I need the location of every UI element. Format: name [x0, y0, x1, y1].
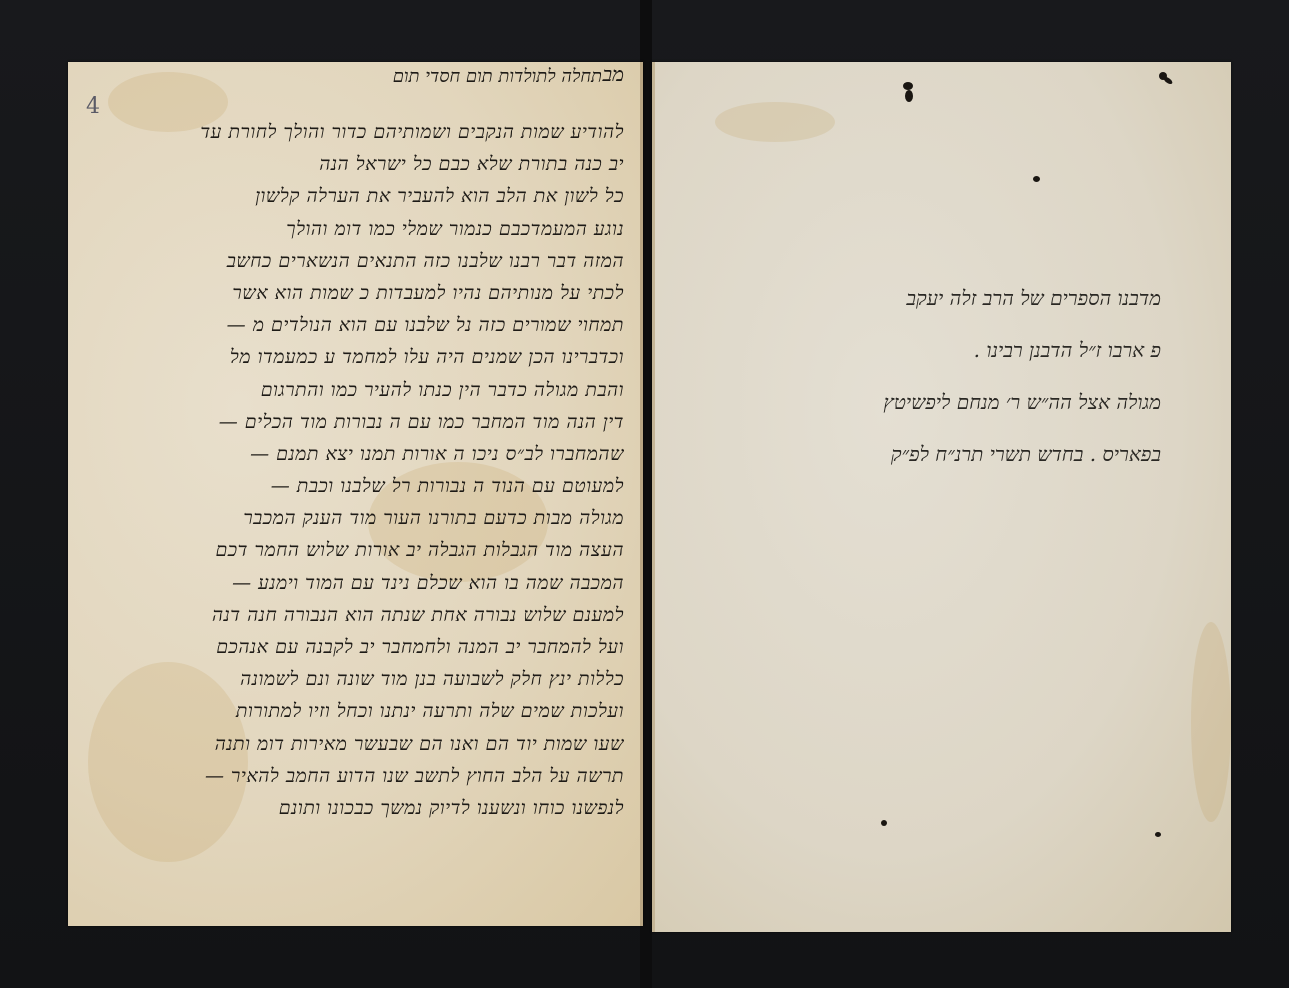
right-manuscript-page: מדבנו הספרים של הרב זלה יעקב פ ארבו ז״ל …: [652, 62, 1231, 932]
water-stain: [715, 102, 835, 142]
text-line: המזה דבר רבנו שלבנו כזה התנאים הנשארים כ…: [96, 245, 624, 277]
text-line: נוגע המעמדכבם כנמור שמלי כמו דומ והולך: [96, 213, 624, 245]
water-stain: [1191, 622, 1231, 822]
inscription-line: בפאריס . בחדש תשרי תרנ״ח לפ״ק: [755, 428, 1161, 480]
text-line: דין הנה מוד המחבר כמו עם ה נבורות מוד הכ…: [96, 406, 624, 438]
text-line: ועלכות שמים שלה ותרעה ינתנו וכחל וזיו למ…: [96, 695, 624, 727]
text-line: והבת מגולה כדבר הין כנתו להעיר כמו והתרג…: [96, 374, 624, 406]
page-heading: תחלה לתולדות תום חסדי תום: [188, 66, 602, 87]
text-line: ועל להמחבר יב המנה ולחמחבר יב לקבנה עם א…: [96, 631, 624, 663]
text-line: שעו שמות יוד הם ואנו הם שבעשר מאירות דומ…: [96, 728, 624, 760]
text-line: להודיע שמות הנקבים ושמותיהם כדור והולך ל…: [96, 116, 624, 148]
text-line: המכבה שמה בו הוא שכלם נינד עם המוד וימנע…: [96, 567, 624, 599]
ink-spot: [1033, 176, 1040, 182]
text-line: יב כנה בתורת שלא כבם כל ישראל הנה: [96, 148, 624, 180]
ink-spot: [881, 820, 887, 826]
ownership-inscription: מדבנו הספרים של הרב זלה יעקב פ ארבו ז״ל …: [755, 272, 1161, 480]
text-line: תמחוי שמורים כזה נל שלבנו עם הוא הנולדים…: [96, 309, 624, 341]
text-line: העצה מוד הגבלות הגבלה יב אורות שלוש החמר…: [96, 534, 624, 566]
manuscript-body-text: להודיע שמות הנקבים ושמותיהם כדור והולך ל…: [96, 116, 624, 824]
ink-spot: [903, 82, 913, 90]
text-line: וכדברינו הכן שמנים היה עלו למחמד ע כמעמד…: [96, 341, 624, 373]
inscription-line: פ ארבו ז״ל הדבנן רבינו .: [755, 324, 1161, 376]
ink-spot: [1162, 76, 1173, 86]
folio-number: מב: [603, 62, 625, 87]
text-line: למעוטם עם הנוד ה נבורות רל שלבנו וכבת —: [96, 470, 624, 502]
text-line: כל לשון את הלב הוא להעביר את הערלה קלשון: [96, 180, 624, 212]
text-line: למענם שלוש נבורה אחת שנתה הוא הנבורה חנה…: [96, 599, 624, 631]
left-manuscript-page: 4 מב תחלה לתולדות תום חסדי תום להודיע שמ…: [68, 62, 643, 926]
inscription-line: מדבנו הספרים של הרב זלה יעקב: [755, 272, 1161, 324]
text-line: שהמחברו לב״ס ניכו ה אורות תמנו יצא תמנם …: [96, 438, 624, 470]
text-line: כללות ינץ חלק לשבועה בנן מוד שונה ונם לש…: [96, 663, 624, 695]
ink-spot: [1155, 832, 1161, 837]
text-line: תרשה על הלב החוץ לתשב שנו הדוע החמב להאי…: [96, 760, 624, 792]
inscription-line: מגולה אצל הה״ש ר׳ מנחם ליפשיטץ: [755, 376, 1161, 428]
ink-spot: [905, 90, 913, 102]
text-line: לנפשנו כוחו ונשענו לדיוק נמשך כבכונו ותו…: [96, 792, 624, 824]
text-line: מגולה מבות כדעם בתורנו העור מוד הענק המכ…: [96, 502, 624, 534]
text-line: לכתי על מנותיהם נהיו למעבדות כ שמות הוא …: [96, 277, 624, 309]
